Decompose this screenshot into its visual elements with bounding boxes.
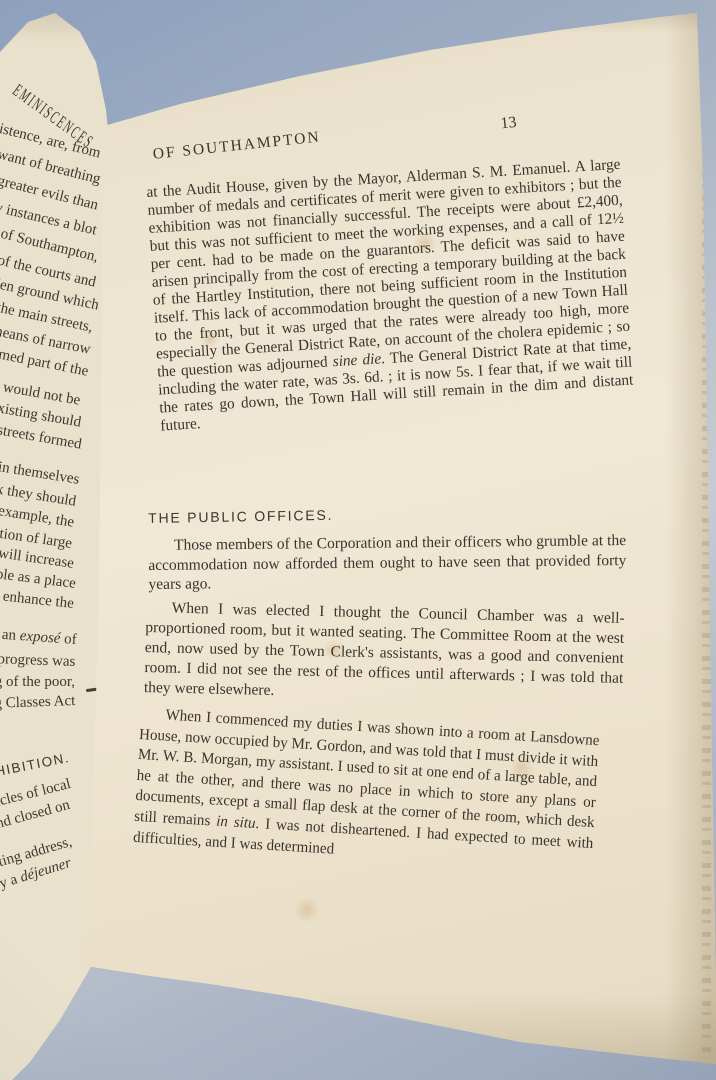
page-top-edge: [104, 0, 697, 21]
book-photo: EMINISCENCES existence, are, from e want…: [0, 0, 716, 1080]
page-shading: [0, 0, 716, 1080]
right-page: OF SOUTHAMPTON 13 at the Audit House, gi…: [0, 0, 716, 1080]
